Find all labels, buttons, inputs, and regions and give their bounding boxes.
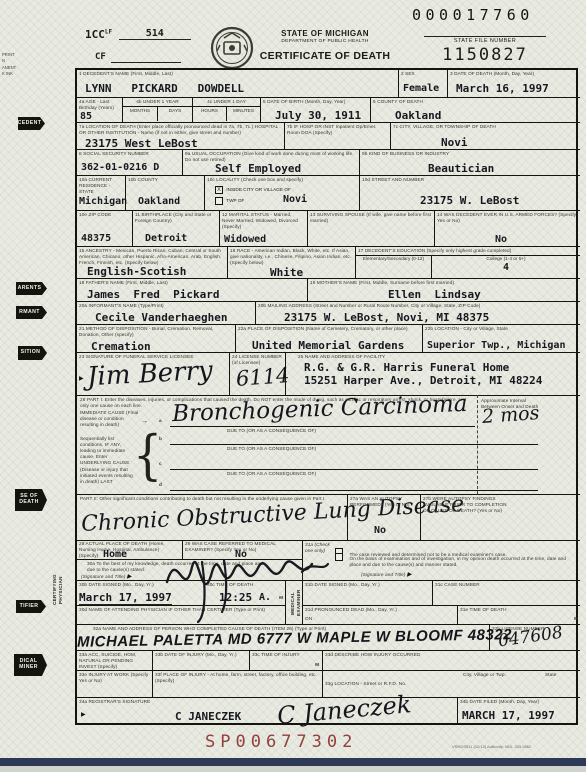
box-7a-location-of-death: 7a LOCATION OF DEATH (Enter place offici… <box>77 122 284 149</box>
box-19-value: Ellen Lindsay <box>388 288 481 301</box>
box-34b-date-filed: 34b DATE FILED (Month, Day, Year) MARCH … <box>457 697 580 725</box>
box-10b-label: 10b COUNTY <box>128 177 202 183</box>
box-17-college-value: 4 <box>432 262 580 273</box>
box-9a-value: Self Employed <box>215 162 301 175</box>
box-19-label: 19 MOTHER'S NAME (First, Middle, Surname… <box>310 280 578 286</box>
box-10b-value: Oakland <box>138 196 180 207</box>
box-10b-residence-county: 10b COUNTY Oakland <box>125 175 204 210</box>
box-33g-state-label: State <box>545 672 556 678</box>
me-option-2-label: On the basis of examination and of inves… <box>349 556 574 568</box>
cause-line-b-letter: b <box>159 436 162 442</box>
box-13-surviving-spouse: 13 SURVIVING SPOUSE (If wife, give name … <box>307 210 434 246</box>
cf-line: CF <box>95 52 181 63</box>
print-note-line: K INK <box>2 71 16 77</box>
box-22a-place-of-disposition: 22a PLACE OF DISPOSITION (Name of Cemete… <box>235 324 422 352</box>
margin-tab-label: SITION <box>21 350 41 356</box>
box-22b-label: 22b LOCATION - City or Village, State <box>425 326 578 332</box>
certificate-form: 1 DECEDENT'S NAME (First, Middle, Last) … <box>75 68 578 725</box>
box-33a-manner: 33a ACC, SUICIDE, HOM, NATURAL OR PENDIN… <box>77 650 152 670</box>
margin-tab-informant: RMANT <box>16 306 47 319</box>
death-certificate-scan: PRINT N ANENT K INK CEDENT ARENTS RMANT … <box>0 0 586 772</box>
box-16-label: 16 RACE - American Indian, Black, White,… <box>230 248 353 266</box>
box-7c-label: 7c CITY, VILLAGE, OR TOWNSHIP OF DEATH <box>393 124 578 130</box>
box-4a-label: 4a AGE - Last Birthday (Years) <box>79 99 120 111</box>
box-11-label: 11 BIRTHPLACE (City and State or Foreign… <box>135 212 217 224</box>
box-33d-label: 33d DESCRIBE HOW INJURY OCCURRED <box>325 652 578 658</box>
box-17-elementary-cell: Elementary/Secondary (0-12) <box>356 256 431 278</box>
box-27b-autopsy-findings: 27b WERE AUTOPSY FINDINGS AVAILABLE PRIO… <box>420 494 580 540</box>
margin-tab-label: ARENTS <box>18 286 42 292</box>
box-27b-label: 27b WERE AUTOPSY FINDINGS AVAILABLE PRIO… <box>423 496 513 514</box>
box-27a-autopsy: 27a WAS AN AUTOPSY PERFORMED? (Yes or No… <box>347 494 420 540</box>
box-31a-me-certification: 31a (Check one only) The case reviewed a… <box>302 540 580 580</box>
box-10c-label: 10c LOCALITY (Check one box and specify) <box>207 177 357 183</box>
box-33f-place-of-injury: 33f PLACE OF INJURY - At home, farm, str… <box>152 670 322 697</box>
box-7c-city-of-death: 7c CITY, VILLAGE, OR TOWNSHIP OF DEATH N… <box>390 122 580 149</box>
form-code-value: 514 <box>119 28 191 40</box>
box-7b-label: 7b IF HOSP OR INST Inpatient Op/Emer. Ro… <box>287 124 388 136</box>
box-22b-value: Superior Twp., Michigan <box>427 340 565 351</box>
box-31c-label: 31c CASE NUMBER <box>435 582 578 588</box>
box-33d-how-injury-occurred: 33d DESCRIBE HOW INJURY OCCURRED <box>322 650 580 670</box>
box-17-elementary-label: Elementary/Secondary (0-12) <box>356 256 431 261</box>
agency-department: DEPARTMENT OF PUBLIC HEALTH <box>250 39 400 44</box>
state-file-number-block: STATE FILE NUMBER 1150827 <box>424 36 546 65</box>
box-34a-typed-name: C JANECZEK <box>175 710 241 723</box>
box-14-armed-forces: 14 WAS DECEDENT EVER IN U.S. ARMED FORCE… <box>434 210 580 246</box>
box-14-label: 14 WAS DECEDENT EVER IN U.S. ARMED FORCE… <box>437 212 578 224</box>
box-14-value: No <box>495 234 507 245</box>
twp-option: TWP OF <box>215 197 244 205</box>
box-25-value-line1: R.G. & G.R. Harris Funeral Home <box>304 361 509 374</box>
box-7a-label: 7a LOCATION OF DEATH (Enter place offici… <box>79 124 282 136</box>
margin-tab-parents: ARENTS <box>16 282 47 295</box>
cause-line-b-rule <box>170 444 538 445</box>
certifier-signature-label: (Signature and Title) <box>81 574 126 579</box>
box-33c-time-of-injury: 33c TIME OF INJURY M <box>249 650 322 670</box>
box-30b-value: March 17, 1997 <box>79 591 172 605</box>
box-23-signature: Jim Berry <box>86 356 213 393</box>
box-32a-cause-completed-by: 32a NAME AND ADDRESS OF PERSON WHO COMPL… <box>77 624 489 650</box>
box-20b-mailing-address: 20b MAILING ADDRESS (Street and Number o… <box>255 301 580 324</box>
box-7c-value: Novi <box>441 136 468 149</box>
me-case-option-2: On the basis of examination and of inves… <box>335 553 575 571</box>
sequential-conditions-label: Sequentially list conditions, IF ANY, le… <box>80 436 135 485</box>
box-10c-locality: 10c LOCALITY (Check one box and specify)… <box>204 175 359 210</box>
box-23-funeral-licensee-signature: 23 SIGNATURE OF FUNERAL SERVICE LICENSEE… <box>77 352 229 395</box>
box-18-value: James Fred Pickard <box>87 288 219 301</box>
box-19-mothers-name: 19 MOTHER'S NAME (First, Middle, Surname… <box>307 278 580 301</box>
box-18-label: 18 FATHER'S NAME (First, Middle, Last) <box>79 280 305 286</box>
box-33a-label: 33a ACC, SUICIDE, HOM, NATURAL OR PENDIN… <box>79 652 150 670</box>
inside-city-option-label: INSIDE CITY OR VILLAGE OF <box>226 187 291 192</box>
security-paper-stamp: SP00677302 <box>205 732 357 752</box>
box-11-birthplace: 11 BIRTHPLACE (City and State or Foreign… <box>132 210 219 246</box>
box-2-label: 2 SEX <box>401 71 445 77</box>
box-20b-label: 20b MAILING ADDRESS (Street and Number o… <box>258 303 578 309</box>
cf-label: CF <box>95 52 106 62</box>
box-31c-case-number: 31c CASE NUMBER <box>432 580 580 605</box>
box-10e-label: 10e ZIP CODE <box>79 212 130 218</box>
box-31e-m-label: M <box>574 616 578 621</box>
me-signature-arrow-icon: ▶ <box>407 572 412 578</box>
box-10d-label: 10d STREET AND NUMBER <box>362 177 578 183</box>
margin-tab-label: RMANT <box>19 310 40 316</box>
me-option-2-checkbox <box>335 553 343 561</box>
box-9b-label: 9b KIND OF BUSINESS OR INDUSTRY <box>362 151 578 157</box>
cause-line-d-letter: d <box>159 482 162 488</box>
box-5-date-of-birth: 5 DATE OF BIRTH (Month, Day, Year) July … <box>260 97 370 122</box>
box-33g-injury-location: 33g LOCATION - Street or R.F.D. No. City… <box>322 670 580 697</box>
margin-tab-disposition: SITION <box>18 346 47 360</box>
box-25-value-line2: 15251 Harper Ave., Detroit, MI 48224 <box>304 374 542 387</box>
box-8-value: 362-01-0216 D <box>81 162 159 173</box>
immediate-cause-label: IMMEDIATE CAUSE (Final disease or condit… <box>80 410 140 428</box>
document-control-stamp: 000017760 <box>412 6 534 24</box>
box-10d-street-number: 10d STREET AND NUMBER 23175 W. LeBost <box>359 175 580 210</box>
form-number-note: VRHDS511 (12/12) Authority: MCL 333.2862 <box>452 744 531 749</box>
inside-city-option: X INSIDE CITY OR VILLAGE OF <box>215 186 291 194</box>
box-15-label: 15 ANCESTRY - Mexican, Puerto Rican, Cub… <box>79 248 225 266</box>
due-to-label-b: DUE TO (OR AS A CONSEQUENCE OF) <box>227 446 316 452</box>
box-4b-label: 4b UNDER 1 YEAR <box>123 98 192 107</box>
box-22a-value: United Memorial Gardens <box>252 339 404 352</box>
cause-line-a-rule <box>170 426 475 427</box>
box-1-value: LYNN PICKARD DOWDELL <box>85 82 244 95</box>
box-5-value: July 30, 1911 <box>275 109 361 122</box>
scan-edge-bar <box>0 758 586 766</box>
box-4c-label: 4c UNDER 1 DAY <box>193 98 260 107</box>
cause-line-c-letter: c <box>159 461 162 467</box>
box-9b-business-industry: 9b KIND OF BUSINESS OR INDUSTRY Beautici… <box>359 149 580 175</box>
cause-line-d-rule <box>170 490 538 491</box>
box-17-education: 17 DECEDENT'S EDUCATION (Specify only hi… <box>355 246 580 278</box>
box-22b-disposition-location: 22b LOCATION - City or Village, State Su… <box>422 324 580 352</box>
box-27a-label: 27a WAS AN AUTOPSY PERFORMED? (Yes or No… <box>350 496 418 508</box>
box-33b-date-of-injury: 33b DATE OF INJURY (Mo., Day, Yr.) <box>152 650 249 670</box>
margin-tab-label: DICAL MINER <box>16 659 41 671</box>
agency-block: STATE OF MICHIGAN DEPARTMENT OF PUBLIC H… <box>250 29 400 62</box>
box-18-fathers-name: 18 FATHER'S NAME (First, Middle, Last) J… <box>77 278 307 301</box>
box-12-label: 12 MARITAL STATUS - Married, Never Marri… <box>222 212 305 230</box>
twp-checkbox <box>215 197 223 205</box>
box-10e-value: 48375 <box>81 233 111 244</box>
margin-tab-label: SE OF DEATH <box>17 494 41 506</box>
box-8-label: 8 SOCIAL SECURITY NUMBER <box>79 151 180 157</box>
box-4b-under-1-year: 4b UNDER 1 YEAR MONTHS DAYS <box>122 97 192 122</box>
box-20b-value: 23175 W. LeBost, Novi, MI 48375 <box>284 311 489 324</box>
box-5-label: 5 DATE OF BIRTH (Month, Day, Year) <box>263 99 368 105</box>
box-12-marital-status: 12 MARITAL STATUS - Married, Never Marri… <box>219 210 307 246</box>
sequential-brace: { <box>133 424 162 486</box>
box-33e-label: 33e INJURY AT WORK (Specify Yes or No) <box>79 672 150 684</box>
margin-tab-label: CEDENT <box>18 121 42 127</box>
michigan-state-seal <box>210 25 254 71</box>
print-note-line: ANENT <box>2 65 16 71</box>
box-3-label: 3 DATE OF DEATH (Month, Day, Year) <box>450 71 578 77</box>
due-to-label-c: DUE TO (OR AS A CONSEQUENCE OF) <box>227 471 316 477</box>
box-13-label: 13 SURVIVING SPOUSE (If wife, give name … <box>310 212 432 224</box>
margin-tab-cause-of-death: SE OF DEATH <box>15 489 47 511</box>
box-33c-label: 33c TIME OF INJURY <box>252 652 320 658</box>
form-code: 1CCLF 514 <box>85 28 191 42</box>
box-17-college-label: College (1-4 or 5+) <box>432 256 580 261</box>
form-code-prefix: 1CC <box>85 28 105 41</box>
box-10a-residence-state: 10a CURRENT RESIDENCE - STATE Michigan <box>77 175 125 210</box>
box-4a-age: 4a AGE - Last Birthday (Years) 85 <box>77 97 122 122</box>
box-16-race: 16 RACE - American Indian, Black, White,… <box>227 246 355 278</box>
box-33f-label: 33f PLACE OF INJURY - At home, farm, str… <box>155 672 320 684</box>
box-6-value: Oakland <box>395 109 441 122</box>
signature-arrow-icon: ▶ <box>79 375 84 382</box>
document-title: CERTIFICATE OF DEATH <box>250 50 400 62</box>
box-33e-injury-at-work: 33e INJURY AT WORK (Specify Yes or No) <box>77 670 152 697</box>
box-10a-label: 10a CURRENT RESIDENCE - STATE <box>79 177 123 195</box>
box-2-value: Female <box>403 83 439 94</box>
box-1-label: 1 DECEDENT'S NAME (First, Middle, Last) <box>79 71 396 77</box>
box-20a-informant-name: 20a INFORMANT'S NAME (Type/Print) Cecile… <box>77 301 255 324</box>
box-34a-registrar-signature: 34a REGISTRAR'S SIGNATURE ▶ C JANECZEK C… <box>77 697 457 725</box>
box-7b-hospital-status: 7b IF HOSP OR INST Inpatient Op/Emer. Ro… <box>284 122 390 149</box>
agency-name: STATE OF MICHIGAN <box>250 29 400 38</box>
box-8-ssn: 8 SOCIAL SECURITY NUMBER 362-01-0216 D <box>77 149 182 175</box>
box-2-sex: 2 SEX Female <box>398 70 447 97</box>
box-4b-months-label: MONTHS <box>123 107 157 121</box>
certifying-physician-signature <box>162 542 332 624</box>
box-9b-value: Beautician <box>428 162 494 175</box>
due-to-label-a: DUE TO (OR AS A CONSEQUENCE OF) <box>227 428 316 434</box>
scan-edge-light <box>0 766 586 772</box>
box-17-college-cell: College (1-4 or 5+) 4 <box>431 256 580 278</box>
state-file-number-value: 1150827 <box>424 45 546 65</box>
box-3-date-of-death: 3 DATE OF DEATH (Month, Day, Year) March… <box>447 70 580 97</box>
box-25-facility: 25 NAME AND ADDRESS OF FACILITY R.G. & G… <box>285 352 580 395</box>
box-4b-days-label: DAYS <box>157 107 192 121</box>
box-25-label: 25 NAME AND ADDRESS OF FACILITY <box>298 354 578 360</box>
box-15-value: English-Scotish <box>87 265 186 278</box>
certifying-physician-vertical-label: CERTIFYING PHYSICIAN <box>52 560 66 620</box>
box-20a-value: Cecile Vanderhaeghen <box>95 311 227 324</box>
registrar-arrow-icon: ▶ <box>81 711 86 718</box>
box-20a-label: 20a INFORMANT'S NAME (Type/Print) <box>79 303 253 309</box>
box-4c-hours-label: HOURS <box>193 107 226 121</box>
box-33c-m-label: M <box>315 662 319 667</box>
box-4a-value: 85 <box>80 111 92 122</box>
box-34a-signature: C Janeczek <box>276 690 412 730</box>
box-33b-label: 33b DATE OF INJURY (Mo., Day, Yr.) <box>155 652 247 658</box>
margin-tab-label: TIFIER <box>20 604 39 610</box>
box-21-label: 21 METHOD OF DISPOSITION - Burial, Crema… <box>79 326 233 338</box>
box-34b-label: 34b DATE FILED (Month, Day, Year) <box>460 699 578 705</box>
box-33g-city-label: City, Village or Twp. <box>463 672 506 678</box>
form-code-sup: LF <box>105 28 112 35</box>
margin-tab-decedent: CEDENT <box>18 117 45 130</box>
box-27a-value: No <box>374 525 386 536</box>
box-9a-usual-occupation: 9a USUAL OCCUPATION (Give kind of work d… <box>182 149 359 175</box>
box-10e-zip: 10e ZIP CODE 48375 <box>77 210 132 246</box>
twp-option-label: TWP OF <box>226 198 244 203</box>
margin-tab-medical-examiner: DICAL MINER <box>14 654 47 676</box>
cause-line-c-rule <box>170 469 538 470</box>
inside-city-checkbox: X <box>215 186 223 194</box>
box-12-value: Widowed <box>224 234 266 245</box>
box-24-value: 6114 <box>235 363 290 391</box>
box-17-label: 17 DECEDENT'S EDUCATION (Specify only hi… <box>356 247 580 256</box>
box-4c-minutes-label: MINUTES <box>226 107 260 121</box>
box-31e-time-of-death: 31e TIME OF DEATH M <box>457 605 580 624</box>
me-signature-label: (Signature and Title) <box>361 572 406 577</box>
box-21-method-of-disposition: 21 METHOD OF DISPOSITION - Burial, Crema… <box>77 324 235 352</box>
me-signature-line: (Signature and Title) ▶ <box>361 572 412 580</box>
box-24-license-number: 24 LICENSE NUMBER (of Licensee) 6114 <box>229 352 285 395</box>
print-in-permanent-ink-note: PRINT N ANENT K INK <box>2 52 16 77</box>
box-31e-label: 31e TIME OF DEATH <box>460 607 578 613</box>
box-10d-value: 23175 W. LeBost <box>420 194 519 207</box>
box-10c-value: Novi <box>283 194 307 205</box>
box-34b-value: MARCH 17, 1997 <box>462 709 555 722</box>
box-6-label: 6 COUNTY OF DEATH <box>373 99 578 105</box>
margin-tab-certifier: TIFIER <box>16 600 46 613</box>
box-15-ancestry: 15 ANCESTRY - Mexican, Puerto Rican, Cub… <box>77 246 227 278</box>
state-file-number-label: STATE FILE NUMBER <box>424 38 546 44</box>
box-1-decedent-name: 1 DECEDENT'S NAME (First, Middle, Last) … <box>77 70 398 97</box>
box-6-county-of-death: 6 COUNTY OF DEATH Oakland <box>370 97 580 122</box>
box-32b-license-number: 32b LICENSE NUMBER 047608 <box>489 624 580 650</box>
box-3-value: March 16, 1997 <box>456 82 549 95</box>
box-10a-value: Michigan <box>79 196 127 207</box>
box-11-value: Detroit <box>145 233 187 244</box>
cause-line-a-interval: 2 mos <box>481 402 540 428</box>
box-4c-under-1-day: 4c UNDER 1 DAY HOURS MINUTES <box>192 97 260 122</box>
box-33g-label: 33g LOCATION - Street or R.F.D. No. <box>325 681 406 686</box>
box-22a-label: 22a PLACE OF DISPOSITION (Name of Cemete… <box>238 326 420 332</box>
